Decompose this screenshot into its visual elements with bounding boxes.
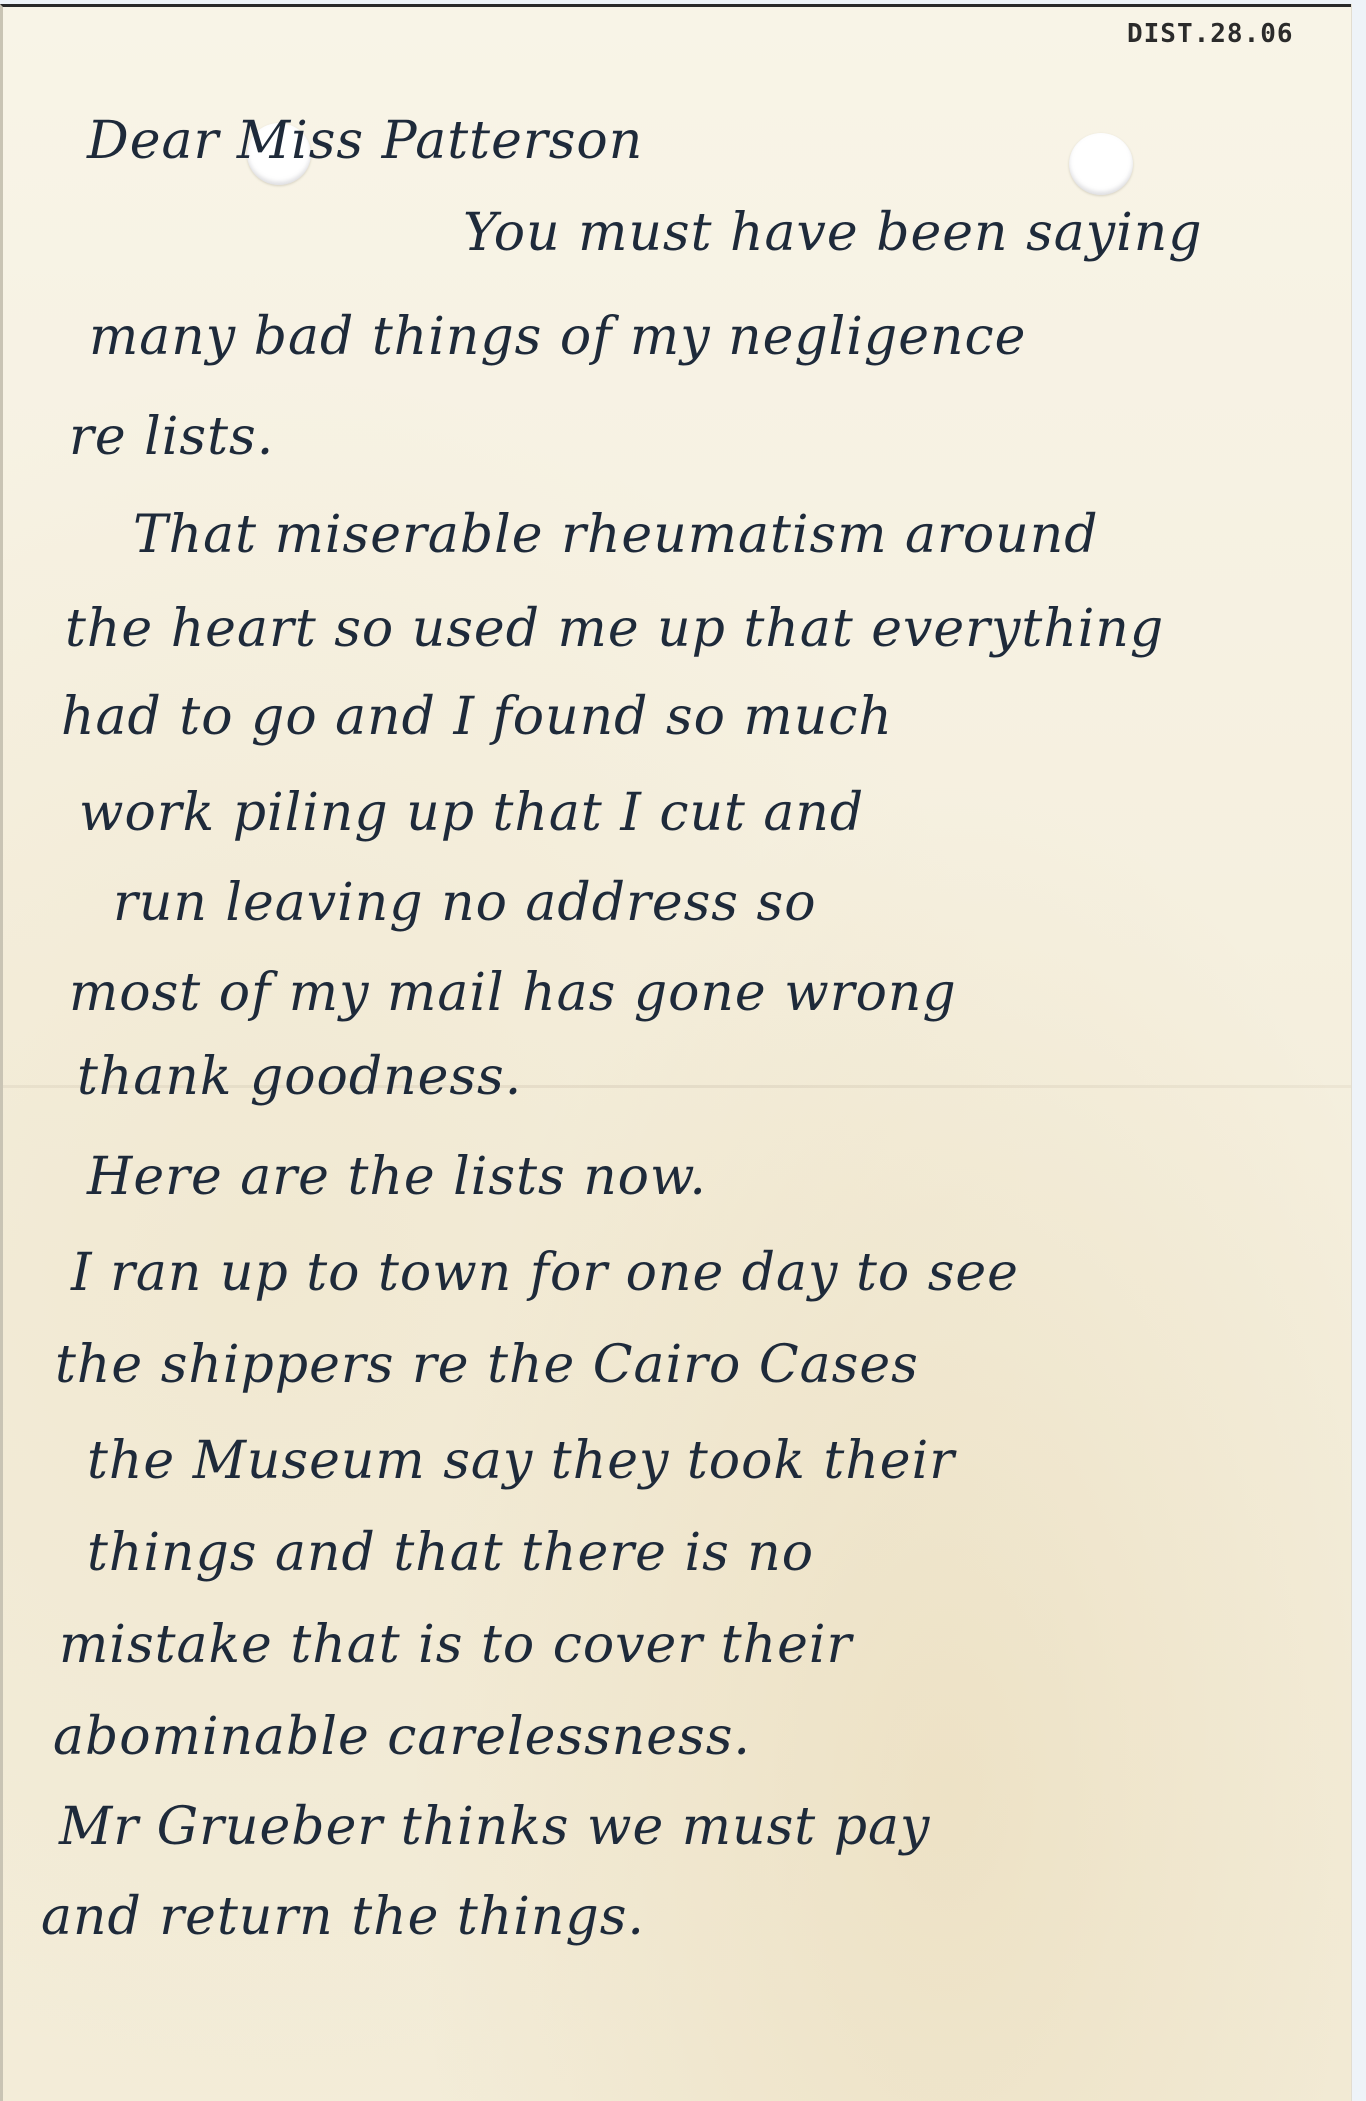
letter-line: Mr Grueber thinks we must pay	[59, 1797, 930, 1857]
letter-line: things and that there is no	[87, 1523, 814, 1583]
archive-reference-stamp: DIST.28.06	[1127, 19, 1294, 49]
letter-line: thank goodness.	[77, 1047, 522, 1107]
letter-line: re lists.	[69, 407, 274, 467]
punch-hole-right	[1069, 133, 1133, 195]
letter-line: the heart so used me up that everything	[65, 599, 1164, 659]
letter-line: work piling up that I cut and	[79, 783, 864, 843]
letter-line: many bad things of my negligence	[89, 307, 1026, 367]
letter-line: most of my mail has gone wrong	[69, 963, 957, 1023]
letter-line: and return the things.	[41, 1887, 645, 1947]
letter-line: abominable carelessness.	[53, 1707, 751, 1767]
letter-line: I ran up to town for one day to see	[71, 1243, 1019, 1303]
letter-line: the shippers re the Cairo Cases	[55, 1335, 919, 1395]
letter-line: Here are the lists now.	[87, 1147, 707, 1207]
letter-line: That miserable rheumatism around	[133, 505, 1099, 565]
letter-line: mistake that is to cover their	[59, 1615, 852, 1675]
letter-line: You must have been saying	[463, 203, 1203, 263]
letter-line: run leaving no address so	[113, 873, 817, 933]
letter-line: had to go and I found so much	[61, 687, 893, 747]
salutation: Dear Miss Patterson	[87, 111, 643, 171]
letter-page: DIST.28.06 Dear Miss Patterson You must …	[0, 4, 1351, 2101]
letter-line: the Museum say they took their	[87, 1431, 955, 1491]
